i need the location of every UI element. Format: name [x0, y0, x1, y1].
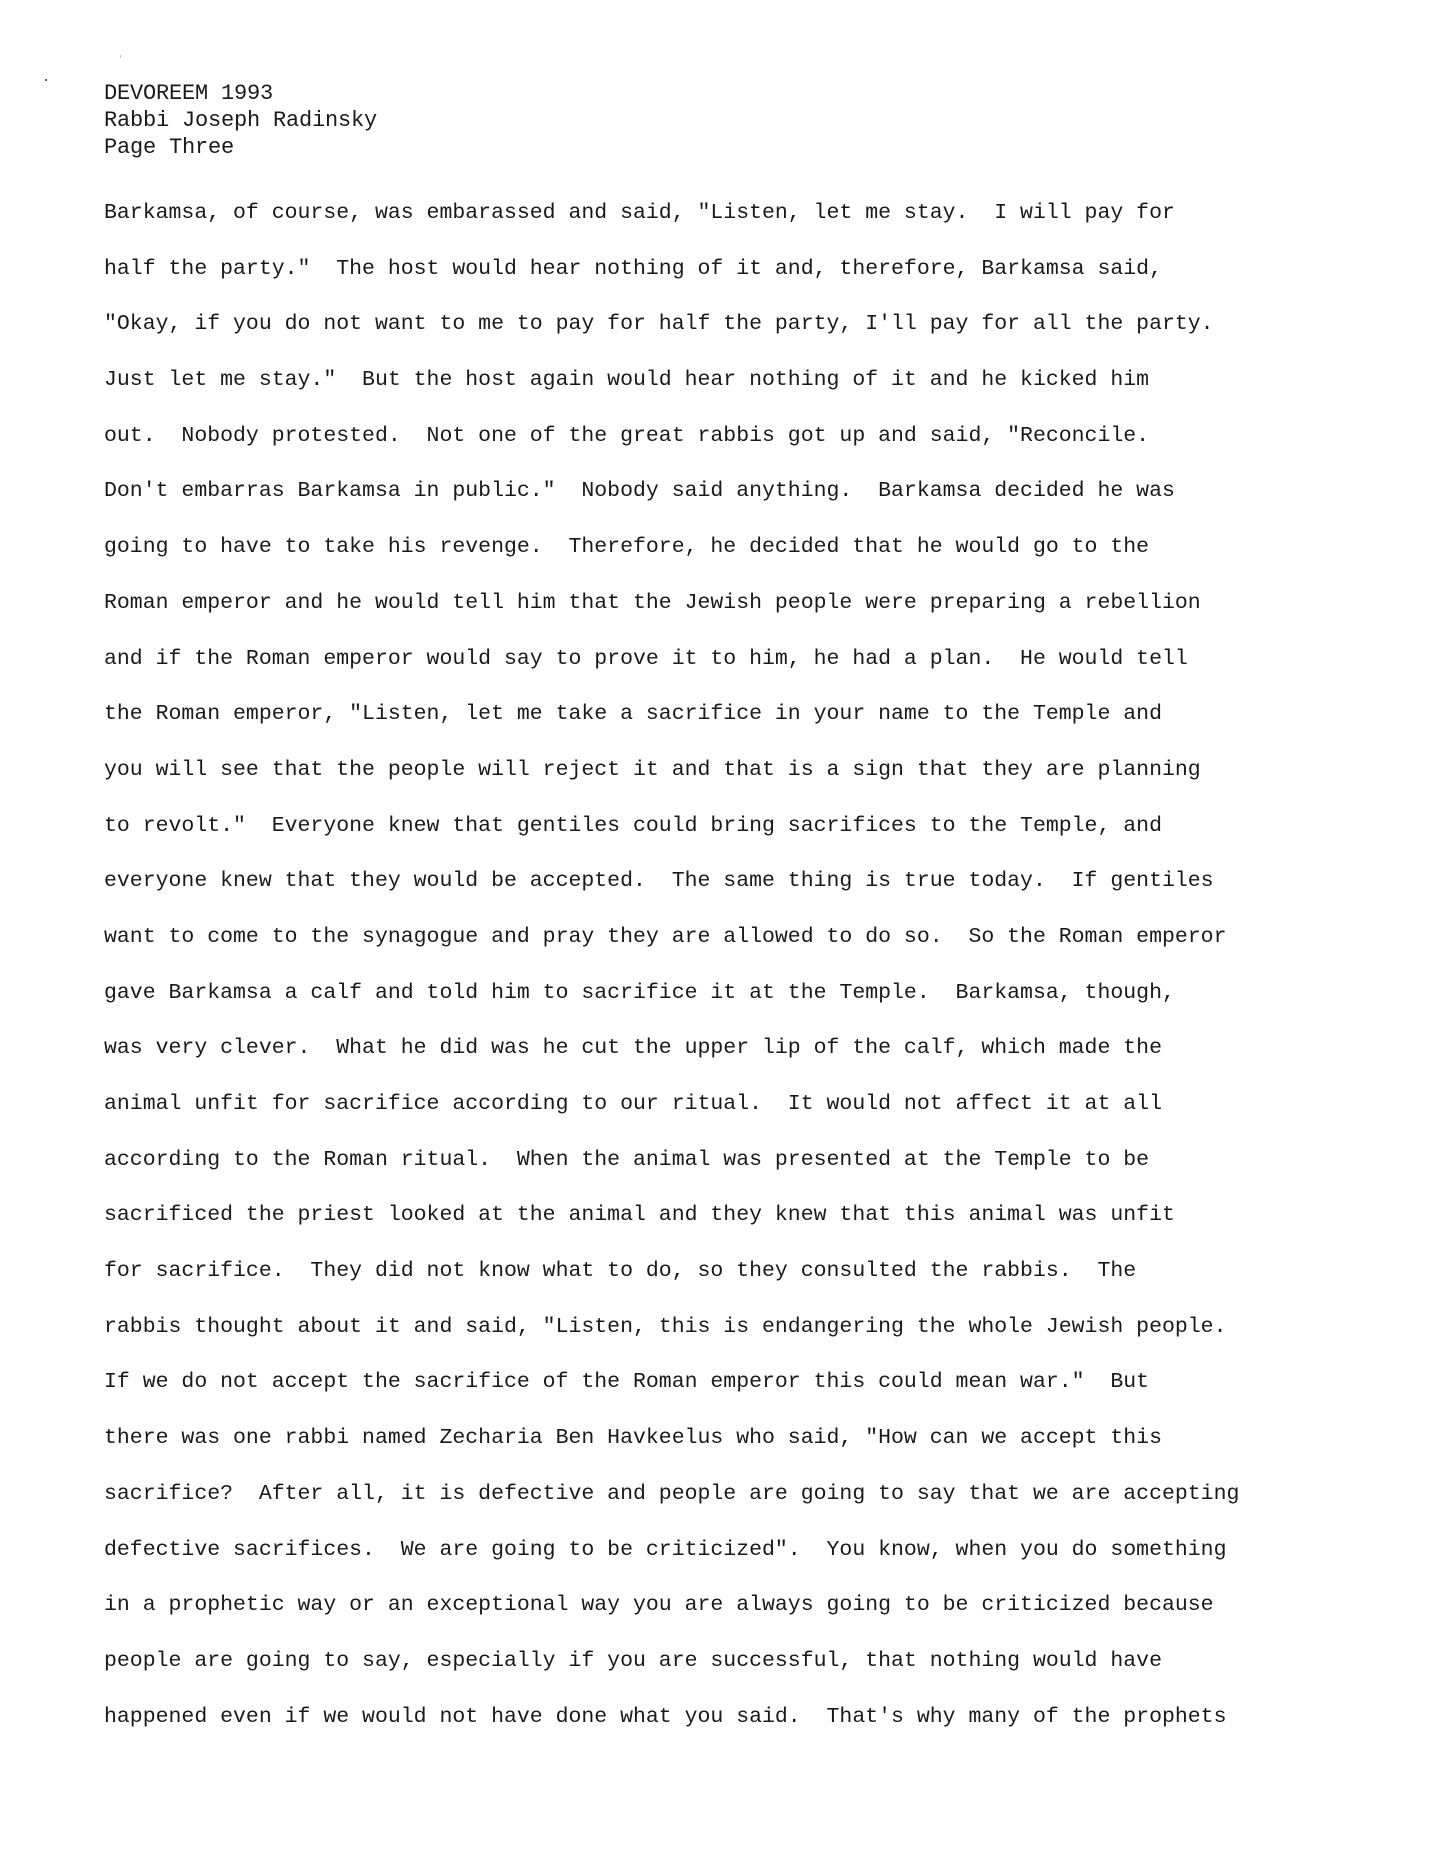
text-line: animal unfit for sacrifice according to … — [104, 1077, 1239, 1133]
text-line: you will see that the people will reject… — [104, 743, 1239, 799]
text-line: sacrificed the priest looked at the anim… — [104, 1188, 1239, 1244]
text-line: If we do not accept the sacrifice of the… — [104, 1355, 1239, 1411]
text-line: there was one rabbi named Zecharia Ben H… — [104, 1411, 1239, 1467]
text-line: going to have to take his revenge. There… — [104, 520, 1239, 576]
document-author: Rabbi Joseph Radinsky — [104, 107, 377, 134]
text-line: for sacrifice. They did not know what to… — [104, 1244, 1239, 1300]
page-label: Page Three — [104, 134, 377, 161]
text-line: want to come to the synagogue and pray t… — [104, 910, 1239, 966]
text-line: was very clever. What he did was he cut … — [104, 1021, 1239, 1077]
text-line: everyone knew that they would be accepte… — [104, 854, 1239, 910]
text-line: people are going to say, especially if y… — [104, 1634, 1239, 1690]
scan-speck — [45, 79, 47, 81]
text-line: Don't embarras Barkamsa in public." Nobo… — [104, 464, 1239, 520]
document-header: DEVOREEM 1993 Rabbi Joseph Radinsky Page… — [104, 80, 377, 161]
text-line: Barkamsa, of course, was embarassed and … — [104, 186, 1239, 242]
text-line: defective sacrifices. We are going to be… — [104, 1523, 1239, 1579]
text-line: the Roman emperor, "Listen, let me take … — [104, 687, 1239, 743]
text-line: in a prophetic way or an exceptional way… — [104, 1578, 1239, 1634]
document-page: DEVOREEM 1993 Rabbi Joseph Radinsky Page… — [0, 0, 1430, 1851]
text-line: "Okay, if you do not want to me to pay f… — [104, 297, 1239, 353]
text-line: rabbis thought about it and said, "Liste… — [104, 1300, 1239, 1356]
text-line: half the party." The host would hear not… — [104, 242, 1239, 298]
text-line: Roman emperor and he would tell him that… — [104, 576, 1239, 632]
text-line: happened even if we would not have done … — [104, 1690, 1239, 1746]
text-line: out. Nobody protested. Not one of the gr… — [104, 409, 1239, 465]
document-title: DEVOREEM 1993 — [104, 80, 377, 107]
text-line: Just let me stay." But the host again wo… — [104, 353, 1239, 409]
scan-speck — [120, 55, 121, 58]
text-line: according to the Roman ritual. When the … — [104, 1133, 1239, 1189]
text-line: to revolt." Everyone knew that gentiles … — [104, 799, 1239, 855]
text-line: sacrifice? After all, it is defective an… — [104, 1467, 1239, 1523]
text-line: and if the Roman emperor would say to pr… — [104, 632, 1239, 688]
body-text: Barkamsa, of course, was embarassed and … — [104, 186, 1239, 1745]
text-line: gave Barkamsa a calf and told him to sac… — [104, 966, 1239, 1022]
